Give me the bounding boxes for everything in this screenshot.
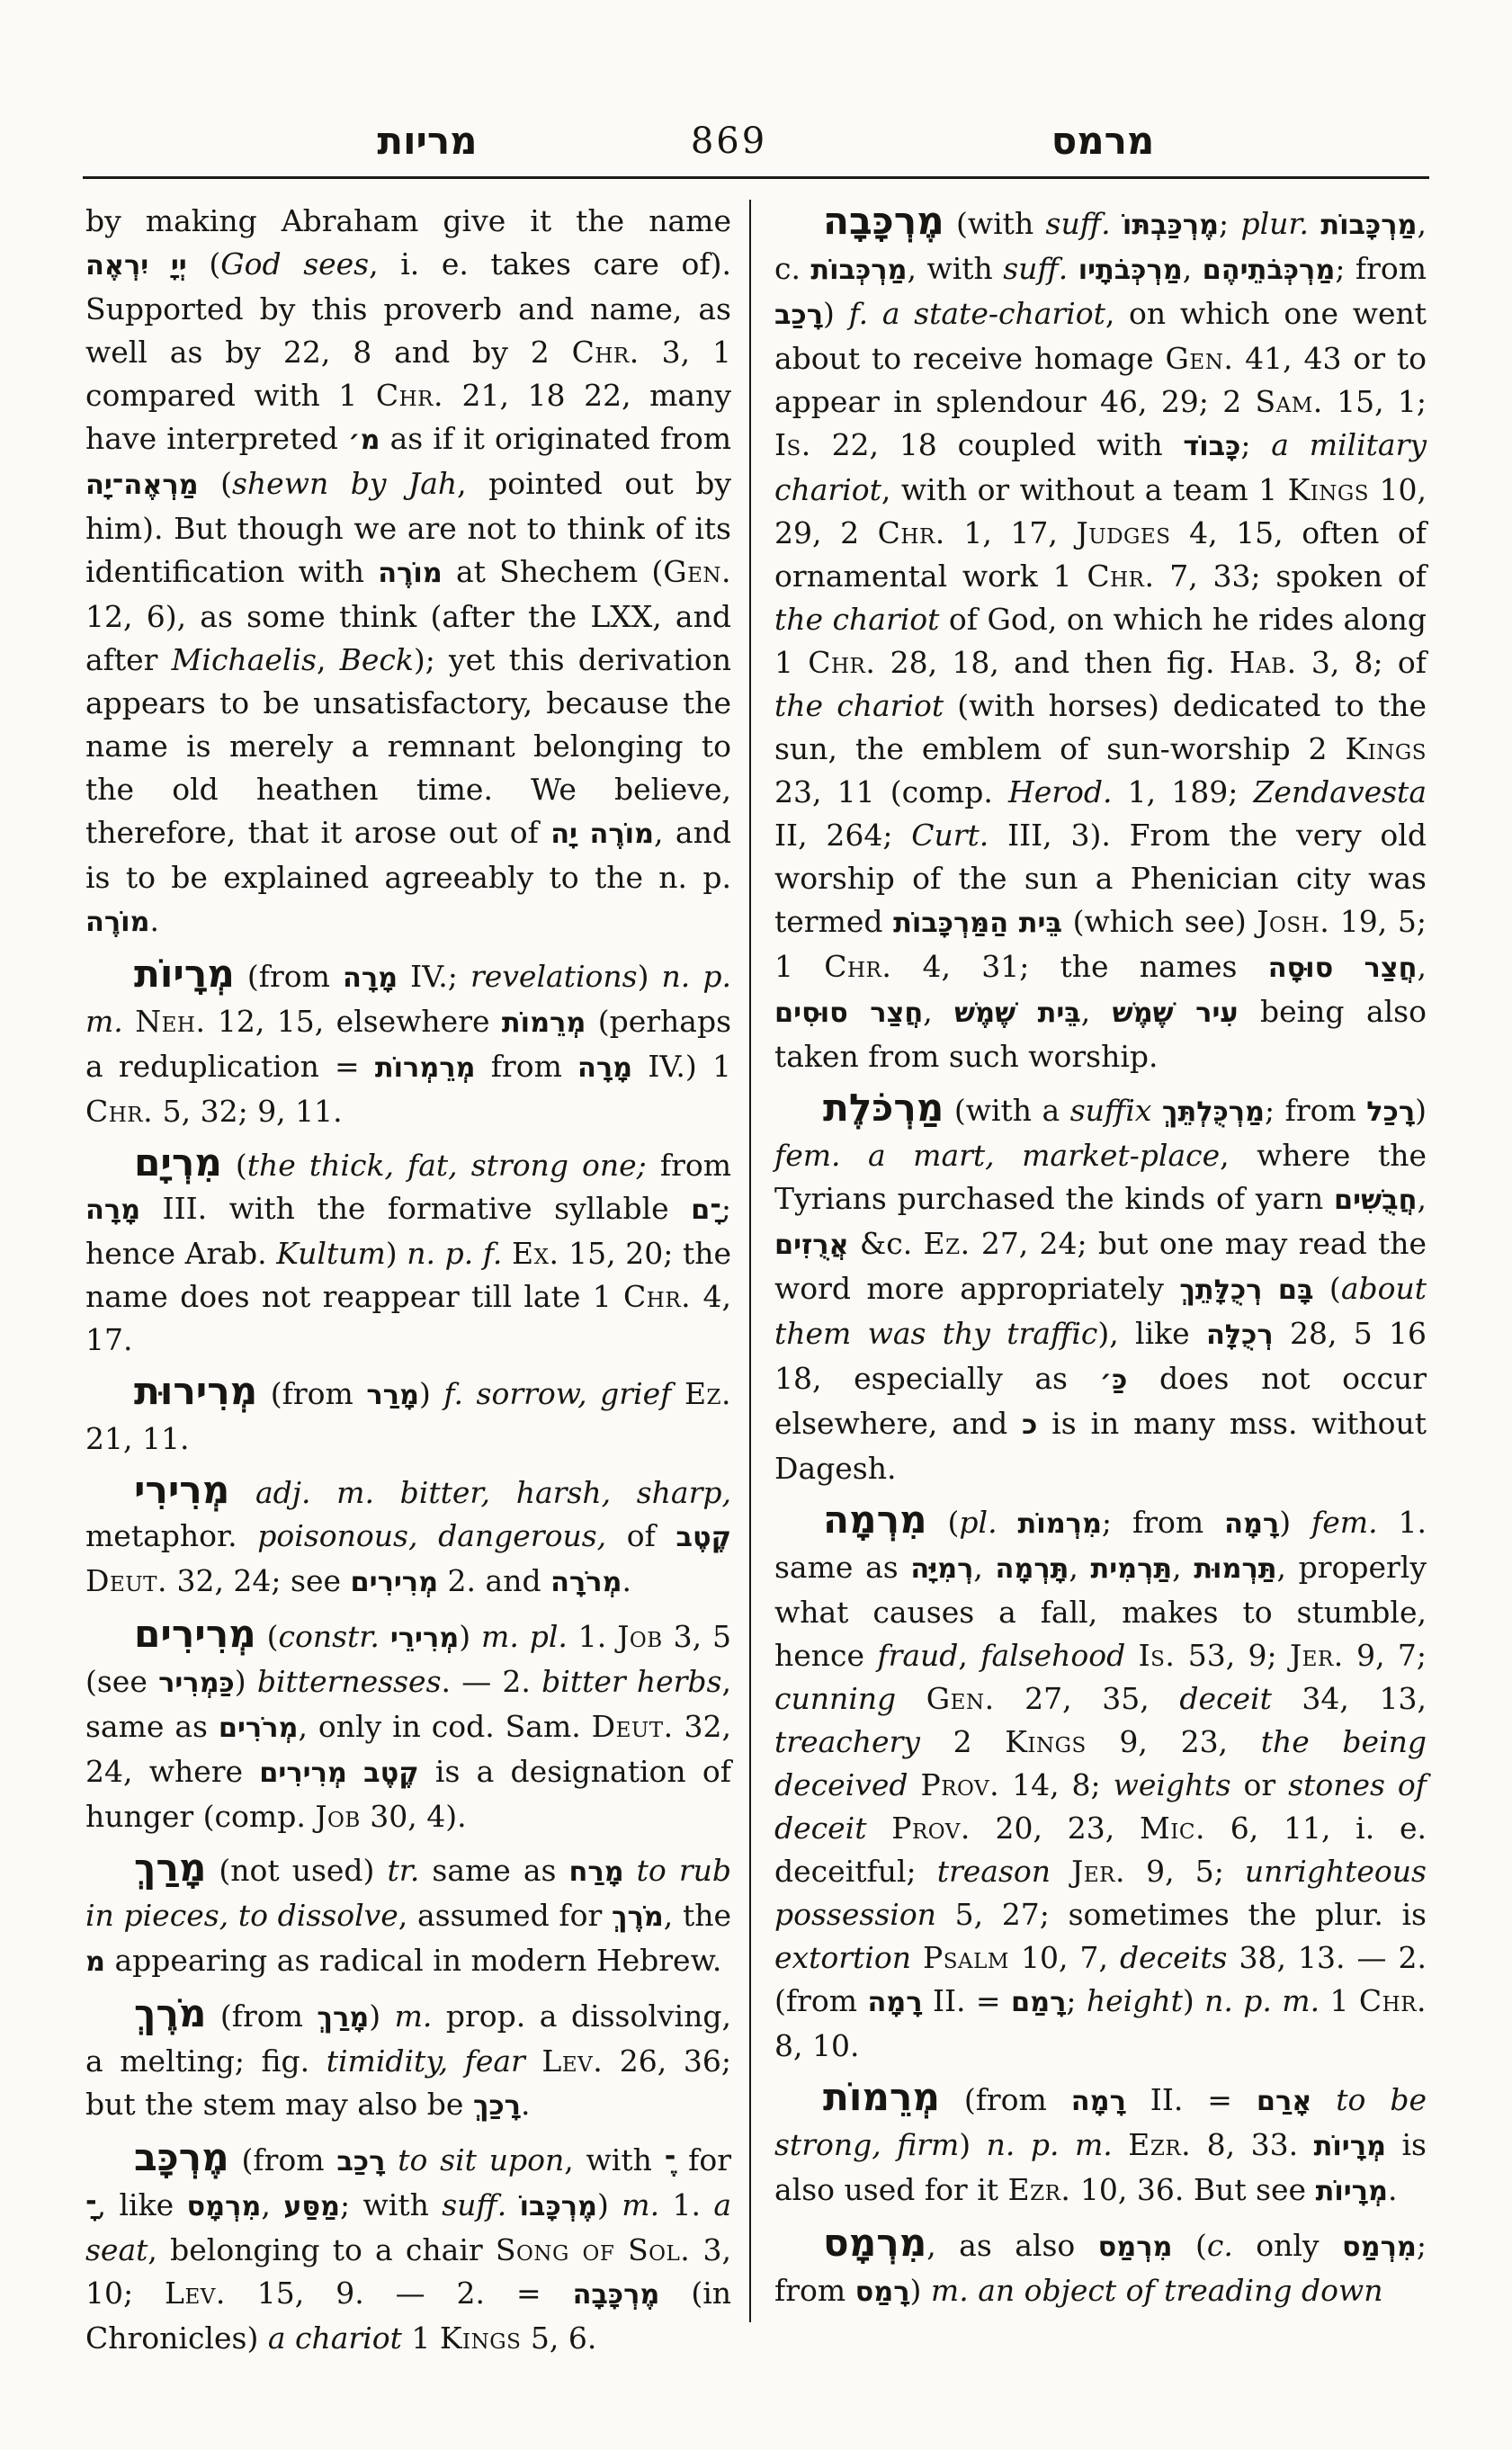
text-run: at Shechem ( [443,554,664,589]
entry-marakh: מָרַךְ (not used) tr. same as מָרַח to r… [85,1846,731,1984]
hebrew-word: מָרַר [366,1380,419,1411]
hebrew-word: מוֹרֶה [378,558,443,589]
hebrew-headword: מִרְיָם [134,1140,222,1185]
text-run: 10, 36. But see [1070,2172,1315,2207]
column-left: by making Abraham give it the name יְיָ … [85,200,731,2368]
text-run: Kings [1005,1724,1087,1759]
text-run: , assumed for [398,1898,612,1933]
entry-merayoth: מְרָיוֹת (from מָרָה IV.; revelations) n… [85,952,731,1133]
hebrew-headword: מַרְכֹּלֶת [823,1086,944,1130]
hebrew-word: מַרְכְּבֹתֵיהֶם [1203,255,1336,286]
text-run: 1, 189; [1113,774,1254,809]
text-run: to sit upon [398,2142,564,2177]
hebrew-word: רָכַל [1366,1096,1415,1128]
text-run: Herod. [1008,774,1113,809]
entry-mirmah: מִרְמָה (pl. מִרְמוֹת; from רָמָה) fem. … [774,1498,1427,2068]
hebrew-word: מִרְמוֹת [1018,1508,1102,1540]
text-run [1125,1638,1138,1673]
text-run: ) [369,1998,394,2034]
text-run: Kings [440,2320,522,2356]
text-run: ( [222,1148,247,1183]
text-run: f. [849,296,869,331]
text-run: ( [256,1619,279,1654]
text-run: m. [931,2273,969,2308]
text-run: ) [235,1664,257,1699]
text-run: the thick, fat, strong one; [247,1148,647,1183]
hebrew-word: בֵּית שֶׁמֶשׁ [954,997,1081,1029]
text-run: an object of treading down [978,2273,1382,2308]
text-run: (with [944,206,1046,241]
hebrew-word: מַרְאֶה־יָה [85,469,199,501]
text-run: Ez. [924,1226,971,1261]
text-run: Lev. [165,2276,226,2311]
hebrew-word: מֶרְכָּבוֹ [520,2191,597,2222]
hebrew-word: תַּרְמִית [1091,1553,1173,1585]
text-run: , [973,1550,995,1585]
hebrew-headword: מָרַךְ [134,1846,206,1890]
text-run: , [958,1638,980,1673]
hebrew-word: כַּמְרִיר [158,1668,235,1699]
hebrew-word: רָמַם [1011,1987,1066,2018]
hebrew-word: מ [85,1946,105,1978]
hebrew-word: מְרֹרָה [550,1567,622,1598]
header-rule [83,176,1429,179]
text-run [506,2187,519,2222]
hebrew-word: רָכַב [774,300,823,331]
text-run: extortion [774,1940,911,1975]
text-run: 9, 23, [1087,1724,1261,1759]
hebrew-word: רָמָה [1071,2086,1126,2117]
hebrew-word: רְמִיָּה [910,1553,973,1585]
text-run: Psalm [923,1940,1009,1975]
text-run: only [1233,2228,1342,2263]
text-run: Prov. [891,1811,971,1846]
hebrew-word: קֶטֶב מְרִירִים [259,1757,418,1789]
text-run: Ex. [512,1236,559,1271]
text-run: Jer. [1071,1854,1125,1889]
hebrew-word: רָמָה [1224,1508,1279,1540]
text-run: God sees [220,246,369,282]
text-run: Chr. [85,1094,153,1129]
text-run: ) [823,296,849,331]
hebrew-word: מְרֵמוֹת [502,1007,586,1039]
text-run: ) [1279,1505,1311,1540]
text-run: (with a [944,1093,1069,1128]
text-run: of [606,1518,675,1553]
text-run: a chariot [268,2320,402,2356]
text-run: Job [315,1799,361,1834]
text-run: ; from [1335,251,1427,286]
text-run: , as also [926,2228,1097,2263]
hebrew-headword: מֶרְכָּבָה [823,199,944,243]
text-run: ( [927,1505,960,1540]
entry-meririm: מְרִירִים (constr. מְרִירֵי) m. pl. 1. J… [85,1613,731,1838]
text-run: Job [617,1619,663,1654]
text-run: ) [597,2187,622,2222]
text-run [380,1619,390,1654]
text-run: , [1069,1550,1090,1585]
text-run: metaphor. [85,1518,257,1553]
text-run: 22, 18 coupled with [811,427,1184,462]
text-run: Is. [774,427,811,462]
entry-merirut: מְרִירוּת (from מָרַר) f. sorrow, grief … [85,1370,731,1461]
hebrew-headword: מְרִירִים [134,1612,256,1656]
hebrew-word: מְרָיוֹת [1314,2131,1386,2162]
text-run: ) [1183,1983,1204,2018]
text-run: II, 264; [774,818,911,853]
hebrew-headword: מֹרֶךְ [134,1991,206,2035]
text-run: ; [1219,206,1240,241]
hebrew-word: מָרָה [85,1194,140,1226]
text-run: 5, 32; 9, 11. [153,1094,343,1129]
hebrew-word: בָּם רְכֻלָּתֵךְ [1179,1274,1313,1306]
text-run: 12, 15, elsewhere [205,1004,501,1039]
text-run [911,1940,923,1975]
text-run: Gen. [926,1681,995,1716]
text-run: Hab. [1230,645,1297,680]
hebrew-word: חֲצַר סוּסִים [774,997,923,1029]
text-run: (which see) [1062,904,1257,939]
text-run: Is. [1139,1638,1176,1673]
text-run: Kings [1346,731,1427,766]
text-run: adj. m. bitter, harsh, sharp, [255,1475,731,1510]
text-run: weights [1114,1767,1231,1802]
hebrew-word: ־ָם [691,1194,721,1226]
text-run: ) [1415,1093,1427,1128]
text-run [1113,2127,1129,2162]
text-run: revelations [470,959,638,994]
text-run: deceits [1120,1940,1227,1975]
text-run: 1 [402,2320,440,2356]
text-run: for [675,2142,731,2177]
hebrew-word: מ׳ [348,425,380,456]
text-run: the chariot [774,688,944,723]
text-run: Curt. [911,818,989,853]
hebrew-word: קֶטֶב [676,1522,732,1553]
hebrew-word: אָרַם [1257,2086,1312,2117]
text-run: Chr. [572,335,640,370]
text-run: Josh. [1257,904,1329,939]
text-run: , [1081,994,1113,1029]
text-run: bitter herbs [541,1664,721,1699]
text-run: ), like [1097,1316,1206,1351]
text-run: bitternesses [257,1664,442,1699]
hebrew-word: מָרָה [343,962,398,994]
text-run: 30, 4). [361,1799,467,1834]
lexicon-page: מריות 869 מרמס by making Abraham give it… [0,0,1512,2450]
hebrew-headword: מְרִירִי [134,1468,229,1512]
text-run: Prov. [921,1767,1000,1802]
text-run: ; [1240,427,1271,462]
text-run: Lev. [541,2043,603,2079]
hebrew-headword: מְרֵמוֹת [823,2075,940,2119]
text-run: appearing as radical in modern Hebrew. [105,1943,721,1978]
text-run: 7, 33; spoken of [1154,559,1427,594]
text-run: Ez. [684,1376,731,1411]
text-run: (not used) [206,1853,387,1888]
text-run: ; from [1265,1093,1366,1128]
text-run: n. p. m. [1204,1983,1320,2018]
entry-moriah-continuation: by making Abraham give it the name יְיָ … [85,200,731,944]
text-run: 5, 6. [521,2320,596,2356]
entry-merkav: מֶרְכָּב (from רָכַב to sit upon, with ־… [85,2136,731,2360]
header-catchword-right: מרמס [815,106,1391,176]
text-run: m. pl. [481,1619,568,1654]
text-run: 2 [920,1724,1005,1759]
text-run: Zendavesta [1253,774,1427,809]
text-run: c. [1207,2228,1233,2263]
text-run: ( [187,246,220,282]
hebrew-word: מְרָיוֹת [1316,2176,1388,2207]
text-run: Neh. [135,1004,205,1039]
hebrew-word: מְרִירִים [351,1567,439,1598]
hebrew-word: מִרְמָס [186,2191,261,2222]
text-run: Gen. [1166,341,1234,376]
hebrew-word: מְרֹרִים [219,1712,299,1744]
text-run: Song of Sol. [496,2232,690,2267]
text-run: . [622,1563,631,1598]
page-header: מריות 869 מרמס [85,106,1427,176]
text-run: Michaelis [172,642,317,677]
hebrew-headword: מִרְמָה [823,1498,927,1542]
text-run: Chr. [623,1279,691,1314]
text-run: Ezr. [1128,2127,1191,2162]
entry-markolet: מַרְכֹּלֶת (with a suffix מַרְכֻּלְתֵּךְ… [774,1086,1427,1490]
text-run: timidity, fear [327,2043,525,2079]
text-run: ) [459,1619,481,1654]
text-run [1068,251,1078,286]
hebrew-word: כ [1022,1409,1037,1441]
text-run: suffix [1070,1093,1152,1128]
text-run: ) [959,2127,986,2162]
text-run: . [521,2087,531,2122]
hebrew-word: רָכַב [336,2146,385,2177]
text-run: (from [229,2142,337,2177]
text-run: , [1172,1550,1194,1585]
hebrew-word: מֹרֶךְ [612,1901,664,1933]
text-run: 21, 11. [85,1421,189,1456]
entry-miryam: מִרְיָם (the thick, fat, strong one; fro… [85,1141,731,1362]
text-run: Judges [1077,515,1171,550]
hebrew-word: מָרַח [569,1856,624,1888]
hebrew-headword: מִרְמָס [823,2221,926,2265]
text-run: , like [97,2187,187,2222]
text-run: Chr. [878,515,945,550]
text-run: 1. [659,2187,713,2222]
hebrew-word: מִרְמַס [1098,2231,1173,2263]
text-run: Deut. [592,1709,674,1744]
hebrew-word: רָמַס [855,2276,910,2308]
text-run: , only in cod. Sam. [298,1709,591,1744]
text-run: 9, 7; [1344,1638,1427,1673]
text-run: . [150,903,160,938]
text-run: a state-chariot [882,296,1105,331]
entry-mirmas: מִרְמָס, as also מִרְמַס (c. only מִרְמַ… [774,2222,1427,2314]
text-run: &c. [849,1226,924,1261]
text-run: m. [622,2187,659,2222]
text-run: ) [910,2273,931,2308]
text-run: , with or without a team 1 [881,472,1288,507]
hebrew-word: מַרְכְּבֹתָיו [1078,255,1183,286]
text-run: from [476,1049,578,1084]
entry-merkavah: מֶרְכָּבָה (with suff. מֶרְכַּבְתּוֹ; pl… [774,200,1427,1078]
text-run: Beck [340,642,414,677]
hebrew-word: רָכַךְ [473,2090,521,2122]
hebrew-word: מוֹרֶה יָה [550,818,654,850]
text-run: ; from [1102,1505,1224,1540]
text-run [502,1236,512,1271]
text-run: 8, 10. [774,2028,859,2063]
text-run: a mart, market-place [868,1138,1220,1173]
hebrew-word: מֶרְכַּבְתּוֹ [1123,210,1219,241]
text-run: (from [257,1376,366,1411]
text-columns: by making Abraham give it the name יְיָ … [85,200,1427,2368]
text-run: fem. [1311,1505,1378,1540]
text-run: (from [206,1998,317,2034]
text-run: , [1417,949,1427,984]
hebrew-word: מִרְמַס [1342,2231,1417,2263]
hebrew-word: חֲצַר סוּסָה [1268,952,1418,984]
hebrew-word: מָרָה [577,1052,632,1084]
text-run: 14, 8; [999,1767,1114,1802]
text-run: 1. [568,1619,617,1654]
text-run: 27, 35, [995,1681,1180,1716]
text-run: ; with [340,2187,442,2222]
entry-morekh: מֹרֶךְ (from מָרַךְ) m. prop. a dissolvi… [85,1992,731,2128]
text-run: ( [1173,2228,1207,2263]
text-run: ) [419,1376,443,1411]
text-run: , [261,2187,283,2222]
column-right: מֶרְכָּבָה (with suff. מֶרְכַּבְתּוֹ; pl… [749,200,1427,2322]
text-run: deceit [1179,1681,1271,1716]
text-run: m. [395,1998,433,2034]
text-run: Chr. [376,378,443,413]
text-run: plur. [1240,206,1309,241]
text-run [123,1004,135,1039]
text-run [385,2142,398,2177]
text-run: tr. [387,1853,419,1888]
text-run: 1 [1320,1983,1359,2018]
text-run [896,1681,926,1716]
text-run: shewn by Jah [232,466,457,501]
text-run: fem. [774,1138,841,1173]
text-run: ) [638,959,662,994]
text-run: 9, 5; [1125,1854,1245,1889]
text-run: III. with the formative syllable [140,1191,691,1226]
text-run: as if it originated from [380,421,731,456]
hebrew-headword: מֶרְכָּב [134,2135,229,2179]
text-run [868,296,882,331]
text-run: Kings [1288,472,1370,507]
text-run: , [923,994,954,1029]
entry-meremoth: מְרֵמוֹת (from רָמָה II. = אָרַם to be s… [774,2076,1427,2213]
text-run: (from [940,2082,1071,2117]
hebrew-word: מְרִירֵי [390,1623,459,1654]
text-run [525,2043,542,2079]
text-run: same as [419,1853,568,1888]
text-run: Chr. [1087,559,1154,594]
text-run: treason [937,1854,1051,1889]
text-run [998,1505,1018,1540]
text-run: by making Abraham give it the name [85,203,731,238]
hebrew-word: יְיָ יִרְאֶה [85,250,187,282]
text-run: . [1388,2172,1398,2207]
text-run: 8, 33. [1191,2127,1313,2162]
text-run: Chr. [824,949,891,984]
hebrew-word: תַּרְמוּת [1194,1553,1276,1585]
text-run: , [1183,251,1203,286]
text-run: ; [1066,1983,1087,2018]
text-run: poisonous, dangerous, [257,1518,606,1553]
hebrew-word: כָּבוֹד [1183,431,1240,462]
text-run: 3, 8; of [1297,645,1427,680]
text-run [1309,206,1320,241]
hebrew-word: עִיר שֶׁמֶשׁ [1113,997,1239,1029]
hebrew-word: רָמָה [867,1987,922,2018]
text-run: II. = [923,1983,1011,2018]
text-run: . — 2. [442,1664,542,1699]
hebrew-headword: מְרִירוּת [134,1369,257,1413]
text-run: suff. [442,2187,506,2222]
text-run [1311,2082,1336,2117]
text-run [1111,206,1123,241]
text-run: ( [199,466,232,501]
text-run: Kultum [276,1236,386,1271]
hebrew-headword: מְרָיוֹת [134,952,235,996]
text-run: 15, 9. — 2. = [226,2276,573,2311]
text-run: IV.) 1 [632,1049,731,1084]
hebrew-word: מַרְכֻּלְתֵּךְ [1162,1096,1265,1128]
text-run: Sam. [1256,384,1323,419]
text-run: , with [908,251,1004,286]
hebrew-word: אֲרֻזִים [774,1229,849,1261]
text-run [1151,1093,1162,1128]
text-run: 28, 18, and then fig. [875,645,1229,680]
hebrew-word: חֲבֻשִׁים [1334,1185,1417,1216]
text-run: pl. [959,1505,997,1540]
hebrew-word: ־ֶ [665,2146,676,2177]
text-run [969,2273,979,2308]
text-run: Chr. [1359,1983,1427,2018]
text-run: II. = [1126,2082,1257,2117]
text-run [908,1767,921,1802]
text-run: f. sorrow, grief [443,1376,671,1411]
hebrew-word: ־ָ [85,2191,97,2222]
text-run: , with [564,2142,664,2177]
text-run: constr. [278,1619,379,1654]
text-run: Ezr. [1008,2172,1071,2207]
text-run: from [647,1148,731,1183]
text-run: IV.; [398,959,470,994]
text-run: Mic. [1140,1811,1205,1846]
entry-meriri: מְרִירִי adj. m. bitter, harsh, sharp, m… [85,1469,731,1605]
hebrew-word: רְכֻלָּה [1206,1319,1274,1351]
text-run: suff. [1046,206,1111,241]
text-run: 2. and [438,1563,550,1598]
text-run: , [1418,1181,1427,1216]
text-run: 23, 11 (comp. [774,774,1008,809]
text-run: the chariot [774,602,939,637]
text-run [624,1853,637,1888]
text-run: 15, 1; [1323,384,1427,419]
text-run: treachery [774,1724,920,1759]
text-run: 4, 31; the names [891,949,1267,984]
text-run: falsehood [980,1638,1125,1673]
text-run [866,1811,891,1846]
text-run [1051,1854,1071,1889]
hebrew-word: מוֹרֶה [85,907,150,938]
hebrew-word: כַּ׳ [1100,1364,1128,1396]
